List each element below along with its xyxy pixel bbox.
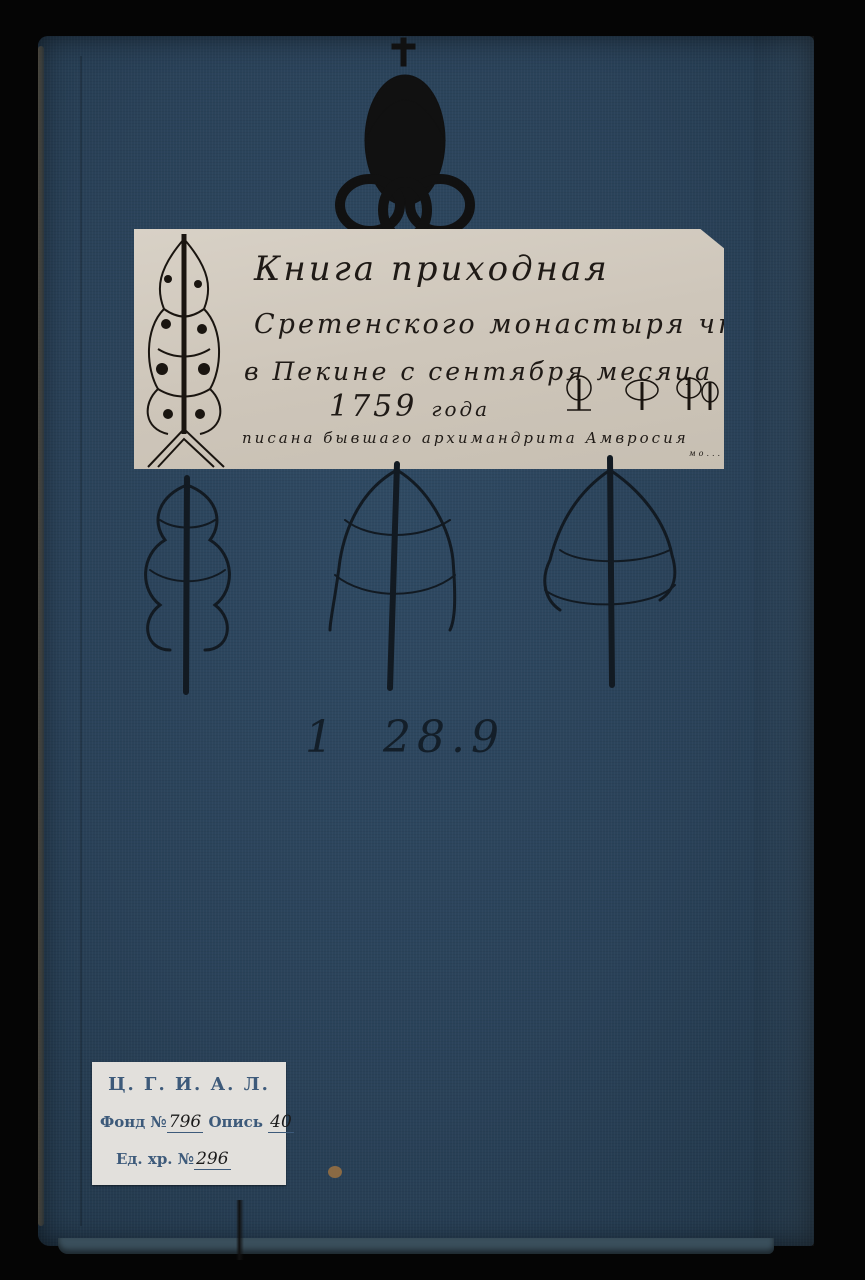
- tree-drawing-left-icon: [146, 478, 230, 692]
- shelf-mark: 128.9: [305, 712, 505, 763]
- tree-drawing-right-icon: [545, 458, 675, 685]
- fond-label: Фонд №: [100, 1113, 167, 1131]
- opis-label: Опись: [208, 1113, 263, 1131]
- unit-value: 296: [194, 1149, 230, 1170]
- archive-name: Ц. Г. И. А. Л.: [92, 1074, 286, 1095]
- archive-label: Ц. Г. И. А. Л. Фонд №796 Опись 40 Ед. хр…: [92, 1062, 286, 1185]
- fond-value: 796: [167, 1112, 203, 1133]
- shelf-mark-part-1: 1: [305, 712, 339, 763]
- shelf-mark-part-2: 28.9: [383, 712, 505, 763]
- unit-row: Ед. хр. №296: [116, 1149, 231, 1169]
- fond-opis-row: Фонд №796 Опись 40: [100, 1112, 294, 1132]
- unit-label: Ед. хр. №: [116, 1150, 194, 1168]
- opis-value: 40: [268, 1112, 294, 1133]
- tree-drawing-middle-icon: [330, 464, 455, 688]
